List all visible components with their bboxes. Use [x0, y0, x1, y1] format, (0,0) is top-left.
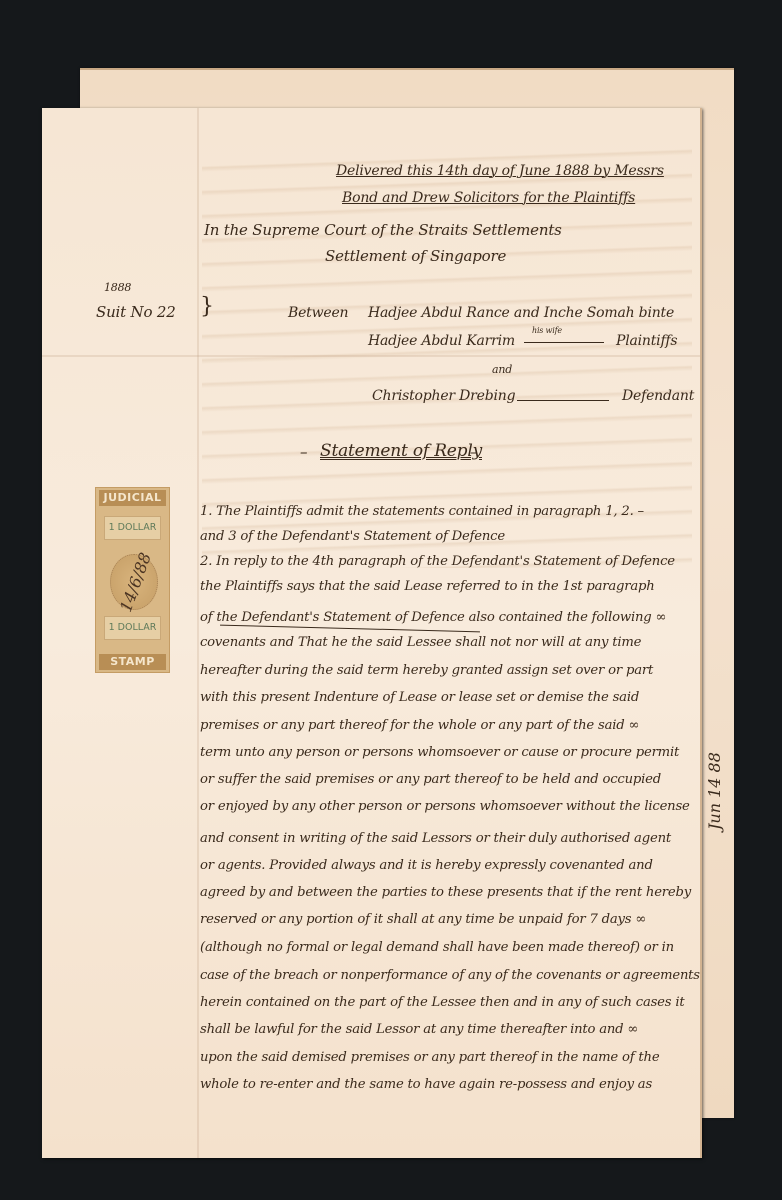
his-wife-note: his wife — [532, 326, 562, 335]
margin-note: Jun 14 88 — [705, 752, 724, 830]
vertical-fold-line — [197, 108, 199, 1158]
body-line: term unto any person or persons whomsoev… — [200, 745, 679, 760]
suit-year: 1888 — [104, 281, 131, 294]
stamp-denomination-bottom: 1 DOLLAR — [104, 616, 161, 640]
stamp-bottom-label: STAMP — [99, 654, 166, 670]
suit-number: Suit No 22 — [96, 303, 176, 321]
body-line: upon the said demised premises or any pa… — [200, 1050, 659, 1065]
plaintiffs-label: Plaintiffs — [616, 333, 677, 349]
body-line: reserved or any portion of it shall at a… — [200, 912, 646, 927]
body-line: whole to re-enter and the same to have a… — [200, 1077, 652, 1092]
between-label: Between — [288, 305, 348, 321]
body-line: with this present Indenture of Lease or … — [200, 690, 639, 705]
body-line: agreed by and between the parties to the… — [200, 885, 691, 900]
body-line: covenants and That he the said Lessee sh… — [200, 635, 641, 650]
stamp-denomination-top: 1 DOLLAR — [104, 516, 161, 540]
and-label: and — [492, 363, 512, 376]
judicial-stamp: JUDICIAL 1 DOLLAR 1 DOLLAR STAMP 14/6/88 — [95, 487, 170, 673]
body-line: case of the breach or nonperformance of … — [200, 968, 700, 983]
body-line: premises or any part thereof for the who… — [200, 718, 639, 733]
front-sheet: Delivered this 14th day of June 1888 by … — [42, 108, 702, 1158]
body-line: of the Defendant's Statement of Defence … — [200, 610, 666, 625]
body-line: herein contained on the part of the Less… — [200, 995, 684, 1010]
defendant-label: Defendant — [622, 388, 694, 404]
document-title: Statement of Reply — [320, 441, 482, 461]
body-line: hereafter during the said term hereby gr… — [200, 663, 653, 678]
court-line-2: Settlement of Singapore — [325, 247, 506, 265]
body-line: the Plaintiffs says that the said Lease … — [200, 579, 655, 594]
body-line: or agents. Provided always and it is her… — [200, 858, 653, 873]
body-line: (although no formal or legal demand shal… — [200, 940, 674, 955]
rule-line — [524, 342, 604, 343]
plaintiff-line-2: Hadjee Abdul Karrim — [368, 333, 515, 349]
brace: } — [200, 294, 214, 319]
body-line: 1. The Plaintiffs admit the statements c… — [200, 504, 644, 519]
body-line: or suffer the said premises or any part … — [200, 772, 661, 787]
defendant-name: Christopher Drebing — [372, 388, 515, 404]
endorsement-line-2: Bond and Drew Solicitors for the Plainti… — [342, 190, 635, 206]
stamp-top-label: JUDICIAL — [99, 490, 166, 506]
plaintiff-line-1: Hadjee Abdul Rance and Inche Somah binte — [368, 305, 674, 321]
title-dash-left: – — [300, 443, 307, 461]
strike-underline — [220, 625, 480, 633]
body-line: and 3 of the Defendant's Statement of De… — [200, 529, 505, 544]
body-line: shall be lawful for the said Lessor at a… — [200, 1022, 638, 1037]
endorsement-line-1: Delivered this 14th day of June 1888 by … — [336, 163, 664, 179]
rule-line — [517, 400, 609, 401]
body-line: or enjoyed by any other person or person… — [200, 799, 690, 814]
body-line: 2. In reply to the 4th paragraph of the … — [200, 554, 675, 569]
title-dash-right: – — [470, 443, 477, 461]
court-line-1: In the Supreme Court of the Straits Sett… — [204, 221, 562, 239]
body-line: and consent in writing of the said Lesso… — [200, 831, 671, 846]
